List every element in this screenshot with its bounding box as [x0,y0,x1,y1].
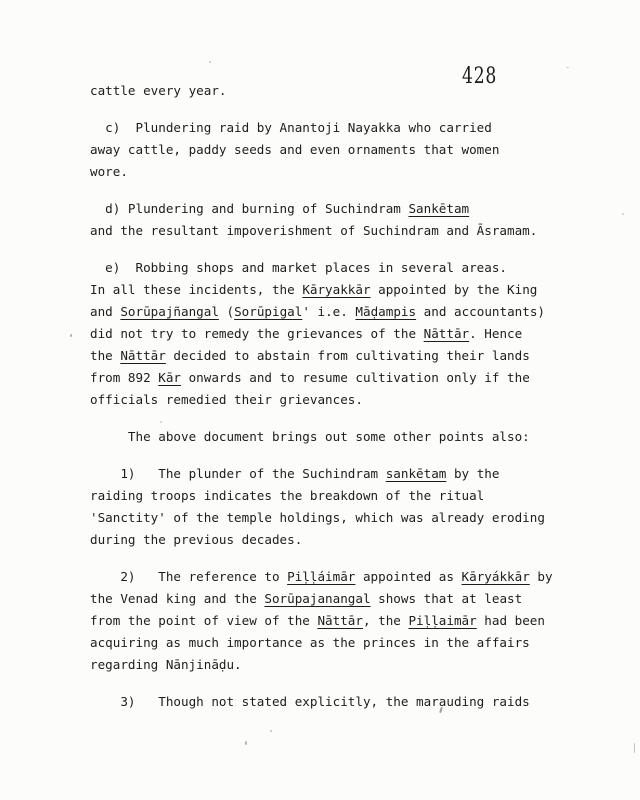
text-line: the Venad king and the Sorūpajanangal sh… [90,588,570,610]
text-segment: 2) The reference to [90,569,287,584]
text-segment: , the [363,613,409,628]
text-segment: the Venad king and the [90,591,264,606]
scan-speck [622,213,624,215]
text-line: regarding Nānjināḍu. [90,654,570,676]
underlined-term: Kār [158,370,181,385]
text-line: 1) The plunder of the Suchindram sankēta… [90,463,570,485]
text-line: away cattle, paddy seeds and even orname… [90,139,570,161]
text-segment: appointed as [355,569,461,584]
text-segment: ( [219,304,234,319]
underlined-term: Kāryákkār [462,569,530,584]
text-segment: 3) Though not stated explicitly, the mar… [90,694,530,709]
text-segment: and [90,304,120,319]
paragraph: d) Plundering and burning of Suchindram … [90,198,570,242]
text-segment: d) Plundering and burning of Suchindram [90,201,408,216]
text-line: d) Plundering and burning of Suchindram … [90,198,570,220]
underlined-term: Nāttār [424,326,470,341]
scan-speck [270,730,272,732]
text-line: the Nāttār decided to abstain from culti… [90,345,570,367]
text-line: c) Plundering raid by Anantoji Nayakka w… [90,117,570,139]
paragraph: e) Robbing shops and market places in se… [90,257,570,411]
text-line: and Sorūpajñangal (Sorūpigal' i.e. Māḍam… [90,301,570,323]
document-body: cattle every year. c) Plundering raid by… [90,80,570,713]
text-line: did not try to remedy the grievances of … [90,323,570,345]
text-line: cattle every year. [90,80,570,102]
text-segment: cattle every year. [90,83,226,98]
scan-speck [245,741,247,745]
underlined-term: Nāttār [120,348,166,363]
text-segment: . Hence [469,326,522,341]
text-segment: c) Plundering raid by Anantoji Nayakka w… [90,120,492,135]
paragraph: 1) The plunder of the Suchindram sankēta… [90,463,570,551]
text-segment: e) Robbing shops and market places in se… [90,260,507,275]
text-segment: decided to abstain from cultivating thei… [166,348,530,363]
text-segment: and accountants) [416,304,545,319]
text-segment: away cattle, paddy seeds and even orname… [90,142,499,157]
text-segment: acquiring as much importance as the prin… [90,635,530,650]
scan-speck [209,61,211,63]
text-segment: did not try to remedy the grievances of … [90,326,424,341]
scanned-document-page: 428 cattle every year. c) Plundering rai… [0,0,640,800]
scan-speck [566,67,569,68]
text-line: 3) Though not stated explicitly, the mar… [90,691,570,713]
text-segment: the [90,348,120,363]
scan-speck [634,743,635,753]
underlined-term: Sorūpigal [234,304,302,319]
text-segment: had been [477,613,545,628]
text-segment: during the previous decades. [90,532,302,547]
text-line: wore. [90,161,570,183]
underlined-term: Nāttār [317,613,363,628]
text-line: The above document brings out some other… [90,426,570,448]
text-segment: 'Sanctity' of the temple holdings, which… [90,510,545,525]
text-segment: onwards and to resume cultivation only i… [181,370,530,385]
text-segment: from the point of view of the [90,613,317,628]
underlined-term: sankētam [386,466,447,481]
underlined-term: Māḍampis [355,304,416,319]
text-line: from the point of view of the Nāttār, th… [90,610,570,632]
text-segment: by the [446,466,499,481]
paragraph: The above document brings out some other… [90,426,570,448]
underlined-term: Sorūpajanangal [264,591,370,606]
text-line: In all these incidents, the Kāryakkār ap… [90,279,570,301]
text-segment: In all these incidents, the [90,282,302,297]
paragraph: cattle every year. [90,80,570,102]
underlined-term: Piḷḷáimār [287,569,355,584]
underlined-term: Sankētam [408,201,469,216]
underlined-term: Piḷḷaimār [408,613,476,628]
text-segment: appointed by the King [371,282,538,297]
text-segment: officials remedied their grievances. [90,392,363,407]
text-line: from 892 Kār onwards and to resume culti… [90,367,570,389]
text-segment: and the resultant impoverishment of Such… [90,223,537,238]
text-line: e) Robbing shops and market places in se… [90,257,570,279]
text-segment: The above document brings out some other… [90,429,530,444]
text-line: during the previous decades. [90,529,570,551]
scan-speck [70,334,72,337]
text-segment: shows that at least [371,591,523,606]
text-segment: regarding Nānjināḍu. [90,657,242,672]
text-line: 'Sanctity' of the temple holdings, which… [90,507,570,529]
text-line: 2) The reference to Piḷḷáimār appointed … [90,566,570,588]
text-line: officials remedied their grievances. [90,389,570,411]
underlined-term: Kāryakkār [302,282,370,297]
text-line: raiding troops indicates the breakdown o… [90,485,570,507]
scan-speck [160,421,162,423]
text-line: acquiring as much importance as the prin… [90,632,570,654]
text-line: and the resultant impoverishment of Such… [90,220,570,242]
paragraph: 2) The reference to Piḷḷáimār appointed … [90,566,570,676]
paragraph: 3) Though not stated explicitly, the mar… [90,691,570,713]
underlined-term: Sorūpajñangal [120,304,219,319]
text-segment: from 892 [90,370,158,385]
text-segment: raiding troops indicates the breakdown o… [90,488,484,503]
text-segment: ' i.e. [302,304,355,319]
text-segment: 1) The plunder of the Suchindram [90,466,386,481]
paragraph: c) Plundering raid by Anantoji Nayakka w… [90,117,570,183]
text-segment: by [530,569,553,584]
text-segment: wore. [90,164,128,179]
